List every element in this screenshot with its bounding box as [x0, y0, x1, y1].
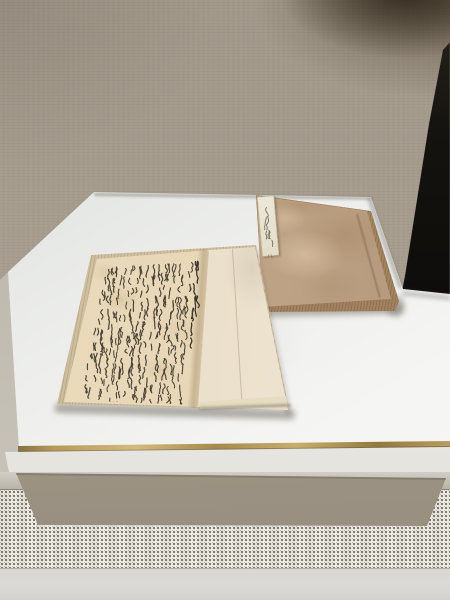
floor-band: [0, 568, 450, 600]
museum-photo-scene: [0, 0, 450, 600]
